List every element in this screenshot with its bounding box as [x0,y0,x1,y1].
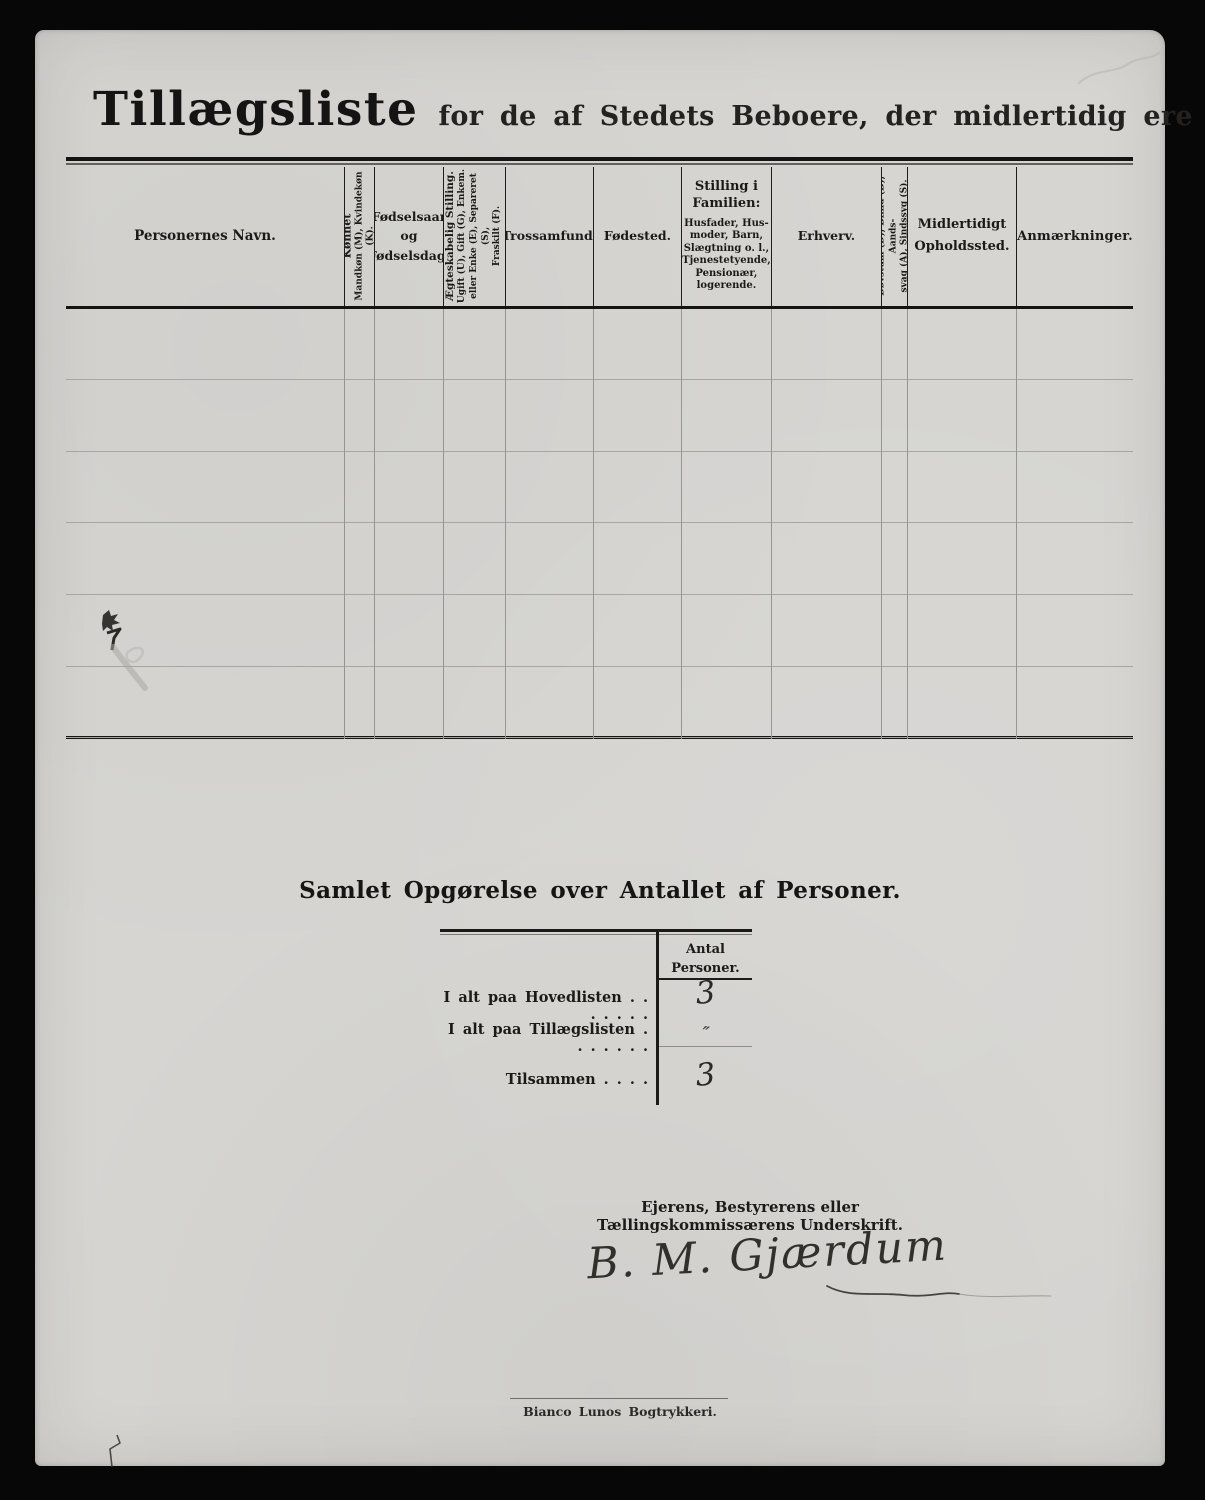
rotated-header-sex: Kønnet Mandkøn (M), Kvindekøn (K). [344,167,374,306]
family-position-text: Stilling i Familien: Husfader, Hus- mode… [682,179,771,293]
column-divider [1016,309,1017,739]
printer-rule [510,1398,728,1399]
table-row [66,667,1133,739]
census-table: Personernes Navn. Kønnet Mandkøn (M), Kv… [66,157,1133,739]
table-row [66,380,1133,452]
column-header-sex: Kønnet Mandkøn (M), Kvindekøn (K). [344,167,374,306]
scan-background: Tillægsliste for de af Stedets Beboere, … [0,0,1205,1500]
column-divider [681,309,682,739]
column-header-religion: Trossamfund. [505,167,593,306]
column-header-occupation: Erhverv. [771,167,881,306]
table-top-rule [66,157,1133,161]
column-header-disabilities: Døvstum (D), Blind (B), Aands- svag (A),… [881,167,907,306]
summary-top-rule [440,929,752,932]
column-header-marital-status: Ægteskabelig Stilling. Ugift (U), Gift (… [443,167,505,306]
column-header-family-position: Stilling i Familien: Husfader, Hus- mode… [681,167,771,306]
summary-row-main-list-value-handwritten: 3 [658,971,754,1015]
column-divider [907,309,908,739]
column-header-name: Personernes Navn. [66,167,344,306]
column-header-birthdate: Fødselsaar og Fødselsdag. [374,167,443,306]
summary-row-supplement-list-label: I alt paa Tillægslisten . . . . . . . [440,1021,648,1055]
paper-crack-artifact [90,1425,136,1469]
table-row [66,523,1133,595]
census-form-page: Tillægsliste for de af Stedets Beboere, … [35,30,1165,1466]
column-divider [771,309,772,739]
form-subtitle-text: for de af Stedets Beboere, der midlertid… [438,101,1192,132]
form-subtitle: for de af Stedets Beboere, der midlertid… [438,101,1205,132]
column-divider [505,309,506,739]
page-title: Tillægsliste for de af Stedets Beboere, … [93,82,1123,137]
summary-top-rule-thin [440,934,752,935]
table-row [66,309,1133,381]
column-divider [374,309,375,739]
form-type-title: Tillægsliste [93,82,418,137]
summary-row-main-list-label: I alt paa Hovedlisten . . . . . . . [440,989,648,1023]
column-header-birthplace: Fødested. [593,167,681,306]
column-divider [593,309,594,739]
census-table-header: Personernes Navn. Kønnet Mandkøn (M), Kv… [66,167,1133,309]
signature-flourish [825,1272,1055,1308]
column-divider [443,309,444,739]
summary-row-total-label: Tilsammen . . . . [440,1071,648,1088]
rotated-header-disabilities: Døvstum (D), Blind (B), Aands- svag (A),… [881,167,907,306]
rotated-header-marital: Ægteskabelig Stilling. Ugift (U), Gift (… [444,167,504,306]
summary-table: Antal Personer. I alt paa Hovedlisten . … [440,929,752,1105]
table-row [66,452,1133,524]
column-divider [344,309,345,739]
printer-imprint: Bianco Lunos Bogtrykkeri. [475,1404,765,1419]
column-header-temporary-residence: Midlertidigt Opholdssted. [907,167,1016,306]
table-row [66,595,1133,667]
column-header-remarks: Anmærkninger. [1016,167,1133,306]
column-divider [881,309,882,739]
table-top-rule-thin [66,163,1133,165]
summary-row-total-value-handwritten: 3 [658,1053,754,1097]
census-table-body [66,309,1133,739]
summary-heading: Samlet Opgørelse over Antallet af Person… [35,877,1165,904]
